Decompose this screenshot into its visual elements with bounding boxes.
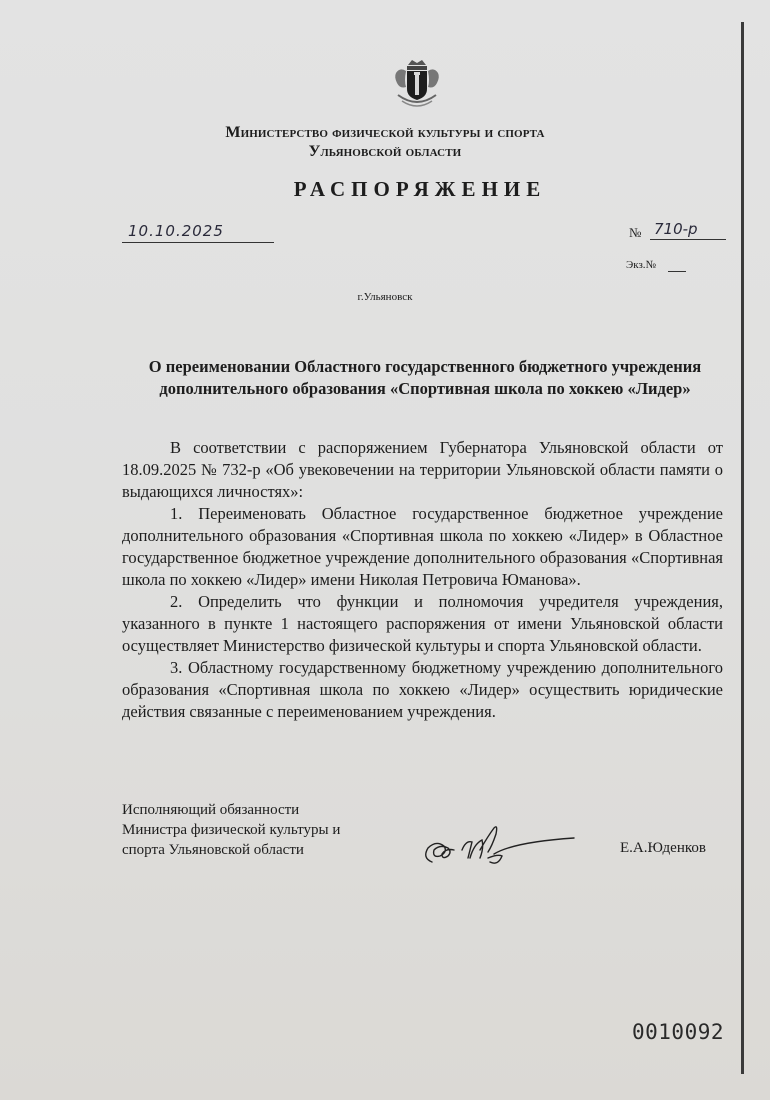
coat-of-arms-icon (388, 55, 446, 113)
handwritten-number: 710-р (654, 220, 698, 238)
signatory-title-line: Министра физической культуры и (122, 820, 340, 840)
ministry-name-line2: Ульяновской области (0, 142, 770, 161)
ministry-name-line1: Министерство физической культуры и спорт… (225, 124, 544, 141)
copy-number-blank (668, 258, 686, 272)
document-subject: О переименовании Областного государствен… (115, 356, 735, 400)
handwritten-signature-icon (418, 818, 578, 876)
document-body: В соответствии с распоряжением Губернато… (122, 437, 723, 723)
handwritten-date: 10.10.2025 (128, 222, 224, 240)
signatory-title: Исполняющий обязанности Министра физичес… (122, 800, 340, 860)
ministry-name: Министерство физической культуры и спорт… (0, 123, 770, 161)
signatory-name: Е.А.Юденков (620, 840, 706, 857)
serial-number: 0010092 (632, 1020, 724, 1044)
date-field: 10.10.2025 (122, 222, 274, 243)
document-type-title: РАСПОРЯЖЕНИЕ (0, 177, 770, 202)
number-field: 710-р (650, 220, 726, 240)
clause-3: 3. Областному государственному бюджетном… (122, 657, 723, 723)
preamble-paragraph: В соответствии с распоряжением Губернато… (122, 437, 723, 503)
clause-1: 1. Переименовать Областное государственн… (122, 503, 723, 591)
signatory-title-line: Исполняющий обязанности (122, 800, 340, 820)
signatory-title-line: спорта Ульяновской области (122, 840, 340, 860)
clause-2: 2. Определить что функции и полномочия у… (122, 591, 723, 657)
number-label: № (629, 225, 641, 241)
city: г.Ульяновск (0, 291, 770, 303)
copy-number-label: Экз.№ (626, 259, 656, 271)
